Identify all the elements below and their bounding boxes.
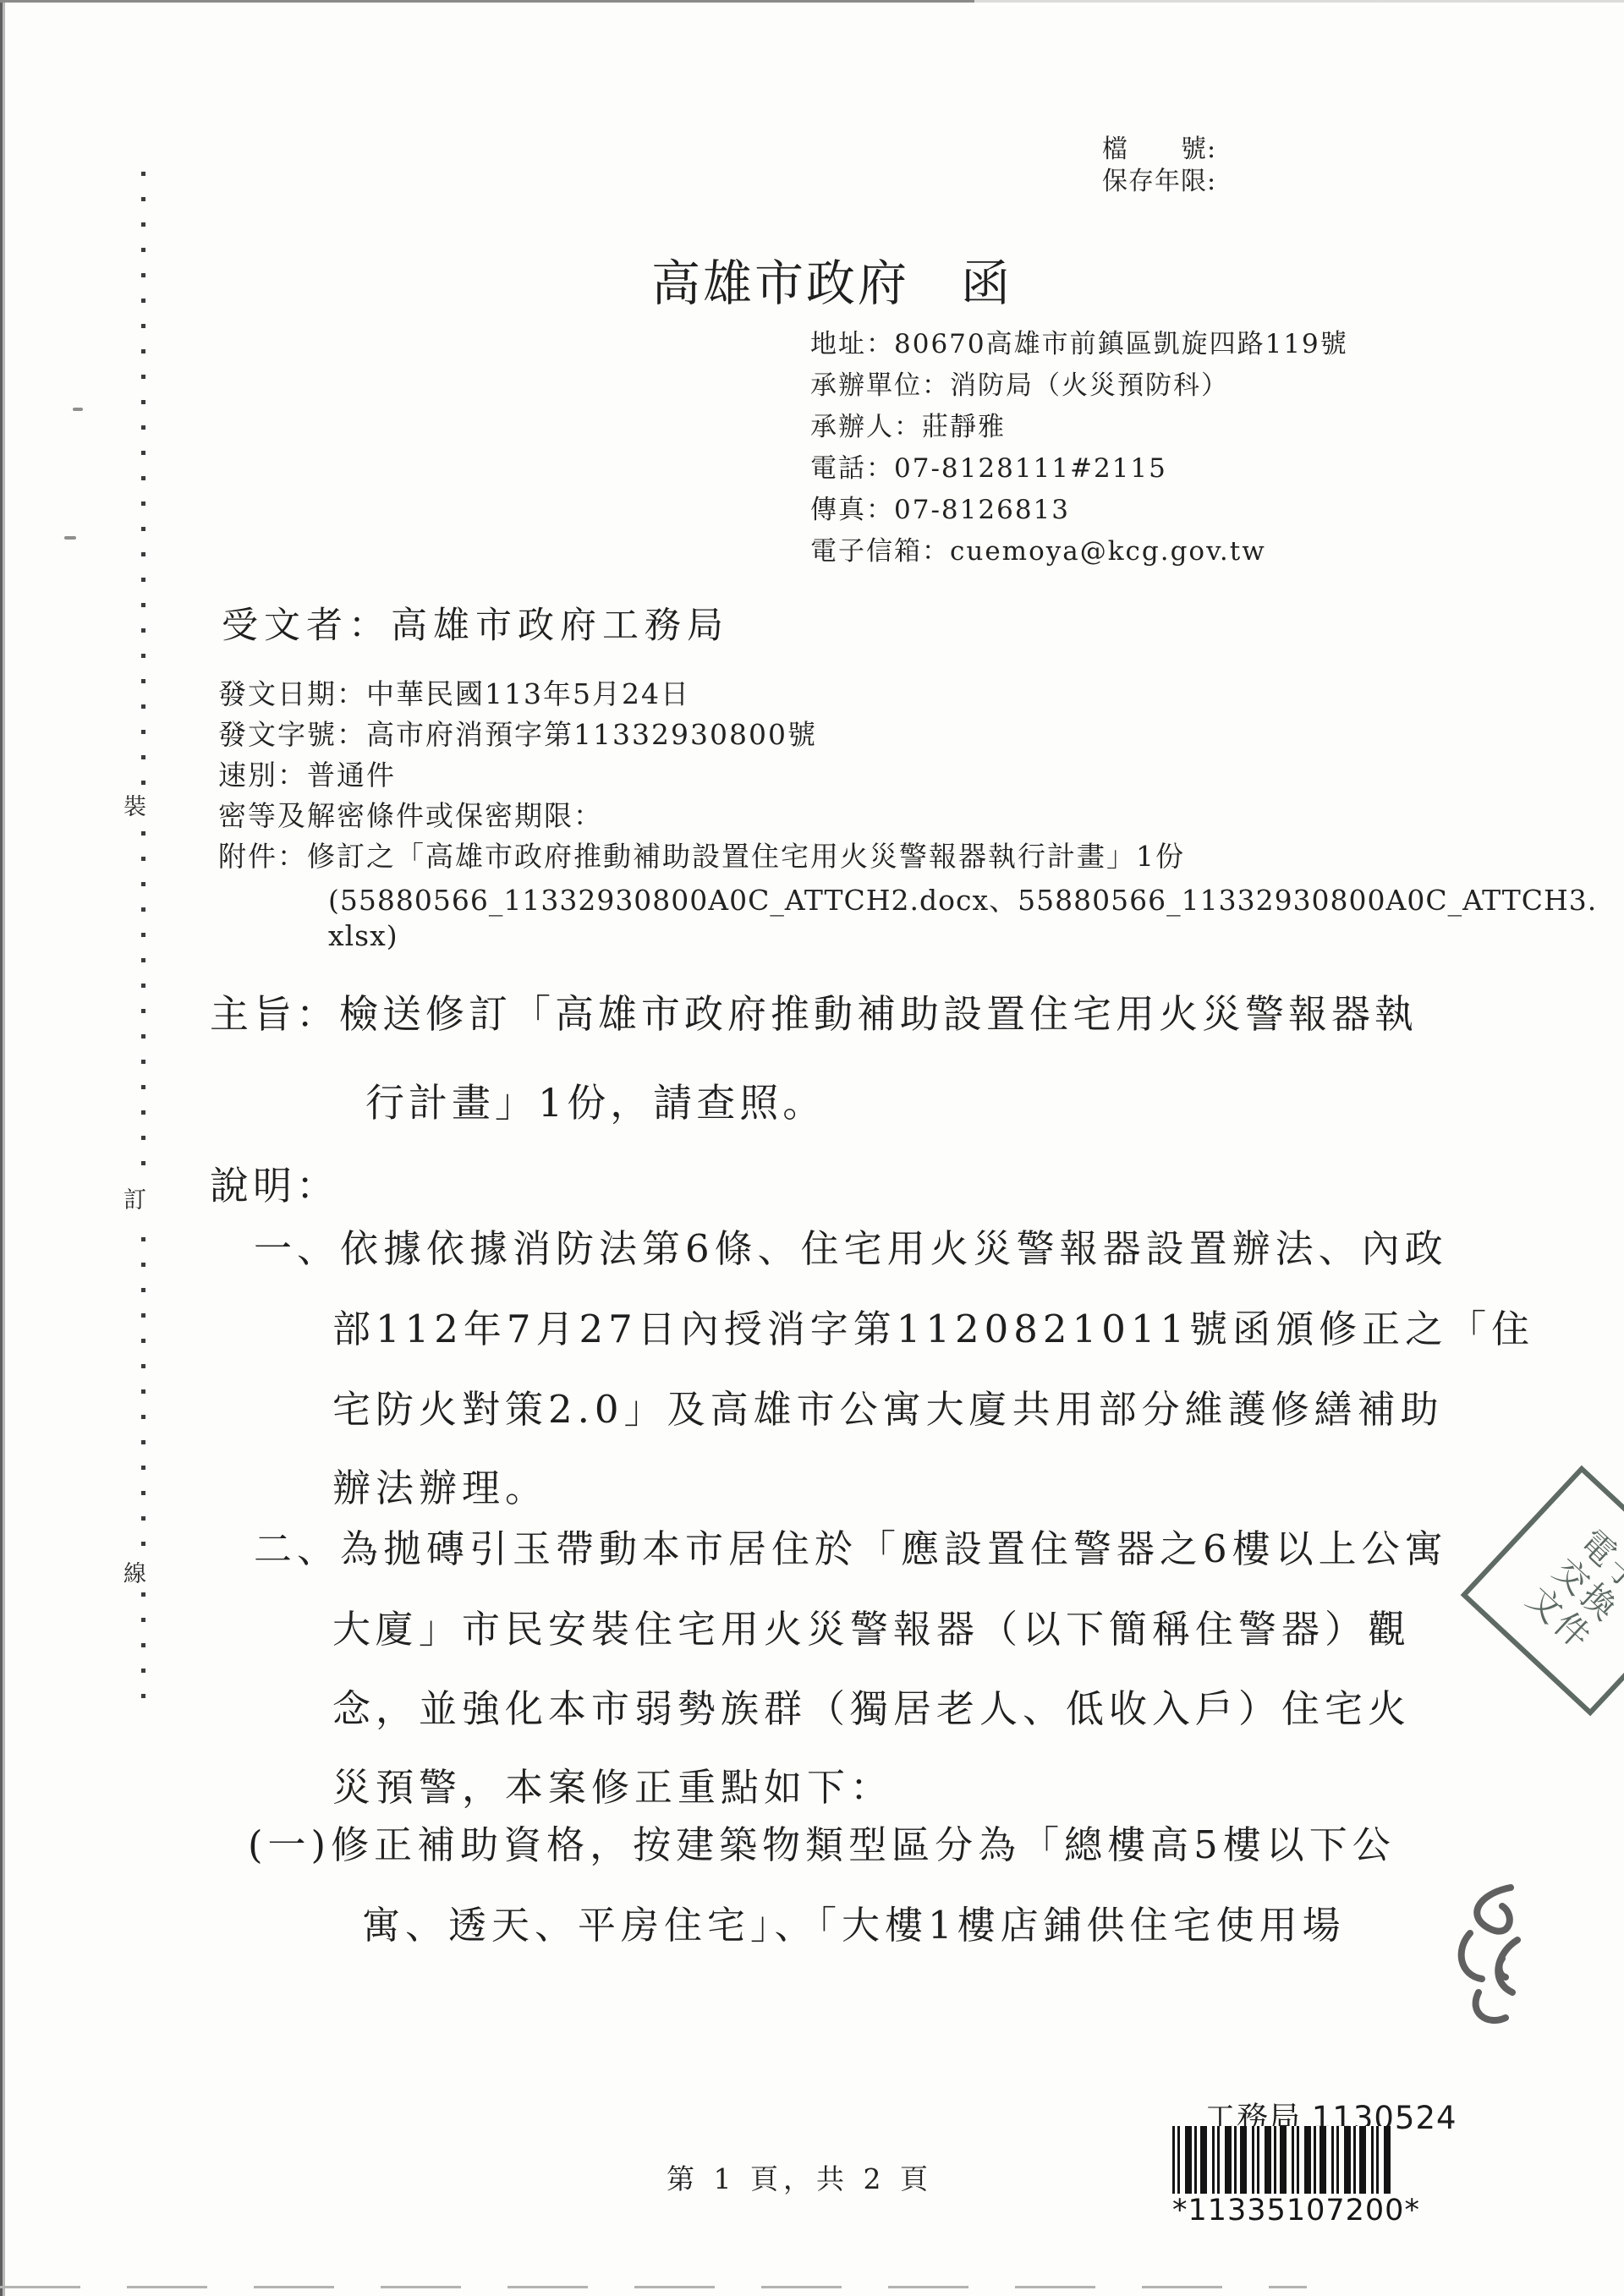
page-number-info: 第 1 頁，共 2 頁 — [667, 2157, 933, 2197]
sender-contact-person-line: 承辦人：莊靜雅 — [810, 407, 1348, 448]
doc-number-line: 發文字號：高市府消預字第11332930800號 — [218, 715, 1185, 755]
scanned-official-letter-page: 裝 訂 線 檔 號: 保存年限: 高雄市政府 函 地址：80670高雄市前鎮區凱… — [0, 0, 1624, 2296]
scan-edge-artifact-left — [0, 0, 5, 2296]
attachment-line-1: 附件：修訂之「高雄市政府推動補助設置住宅用火災警報器執行計畫」1份 — [218, 836, 1185, 877]
sender-unit-line: 承辦單位：消防局（火災預防科） — [810, 365, 1348, 407]
body-line: 災預警，本案修正重點如下： — [332, 1756, 893, 1811]
attachment-line-2: (55880566_11332930800A0C_ATTCH2.docx、558… — [328, 879, 1597, 918]
binding-mark-zhuang: 裝 — [121, 789, 149, 825]
body-line: 宅防火對策2.0」及高雄市公寓大廈共用部分維護修繕補助 — [332, 1378, 1444, 1433]
archive-labels: 檔 號: 保存年限: — [1102, 134, 1216, 198]
body-line: 念，並強化本市弱勢族群（獨居老人、低收入戶）住宅火 — [332, 1678, 1411, 1733]
sender-email-line: 電子信箱：cuemoya@kcg.gov.tw — [810, 531, 1348, 573]
body-line: 二、為拋磚引玉帶動本市居住於「應設置住警器之6樓以上公寓 — [254, 1518, 1448, 1573]
sender-info-block: 地址：80670高雄市前鎮區凱旋四路119號 承辦單位：消防局（火災預防科） 承… — [810, 324, 1348, 573]
binding-dotted-line — [141, 172, 145, 1704]
subject-line-2: 行計畫」1份，請查照。 — [365, 1072, 826, 1128]
sender-fax-line: 傳真：07-8126813 — [810, 490, 1348, 531]
electronic-exchange-stamp: 電子 交換 文件 — [1482, 1470, 1624, 1723]
body-line: 一、依據依據消防法第6條、住宅用火災警報器設置辦法、內政 — [254, 1218, 1448, 1273]
scan-speck — [73, 408, 83, 411]
binding-mark-ding: 訂 — [121, 1182, 149, 1219]
explanation-heading: 說明： — [210, 1155, 339, 1211]
body-line: (一)修正補助資格，按建築物類型區分為「總樓高5樓以下公 — [248, 1814, 1396, 1869]
scan-edge-artifact-top — [0, 0, 1624, 3]
scan-speck — [64, 536, 76, 540]
scan-edge-artifact-bottom — [0, 2286, 1307, 2288]
security-class-line: 密等及解密條件或保密期限： — [218, 796, 1185, 836]
barcode-text: *11335107200* — [1172, 2194, 1391, 2228]
binding-mark-xian: 線 — [121, 1556, 149, 1592]
document-title: 高雄市政府 函 — [651, 244, 1012, 315]
subject-line-1: 主旨：檢送修訂「高雄市政府推動補助設置住宅用火災警報器執 — [210, 984, 1418, 1039]
retention-period-label: 保存年限: — [1102, 166, 1216, 198]
file-number-label: 檔 號: — [1102, 134, 1216, 166]
body-line: 寓、透天、平房住宅」、「大樓1樓店鋪供住宅使用場 — [362, 1894, 1346, 1949]
sender-phone-line: 電話：07-8128111#2115 — [810, 448, 1348, 490]
sender-address-line: 地址：80670高雄市前鎮區凱旋四路119號 — [810, 324, 1348, 365]
body-line: 辦法辦理。 — [332, 1457, 548, 1512]
partial-seal-stamp — [1451, 1881, 1526, 2031]
stamp-border: 電子 交換 文件 — [1461, 1466, 1624, 1717]
barcode — [1172, 2126, 1391, 2194]
recipient-line: 受文者：高雄市政府工務局 — [222, 597, 729, 649]
stamp-text: 電子 交換 文件 — [1519, 1523, 1624, 1659]
document-meta-block: 發文日期：中華民國113年5月24日 發文字號：高市府消預字第113329308… — [218, 674, 1185, 877]
attachment-line-3: xlsx) — [328, 919, 398, 952]
body-line: 部112年7月27日內授消字第1120821011號函頒修正之「住 — [332, 1298, 1534, 1353]
issue-date-line: 發文日期：中華民國113年5月24日 — [218, 674, 1185, 715]
speed-class-line: 速別：普通件 — [218, 755, 1185, 796]
body-line: 大廈」市民安裝住宅用火災警報器（以下簡稱住警器）觀 — [332, 1598, 1411, 1653]
